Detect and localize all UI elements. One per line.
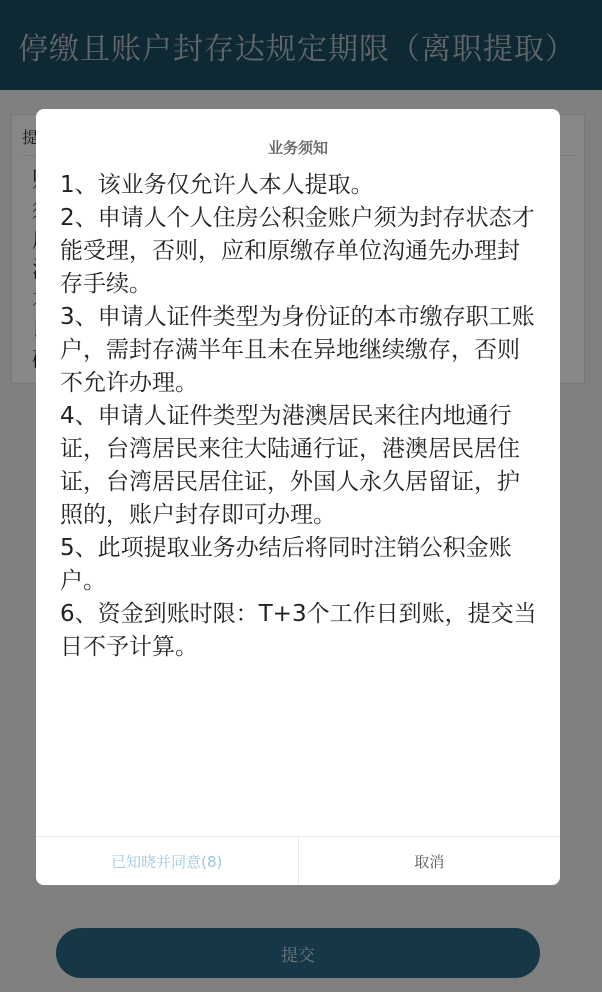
- modal-footer: 已知晓并同意(8) 取消: [36, 836, 560, 885]
- notice-item: 2、申请人个人住房公积金账户须为封存状态才能受理，否则，应和原缴存单位沟通先办理…: [60, 202, 540, 301]
- cancel-button[interactable]: 取消: [299, 837, 561, 885]
- modal-content: 1、该业务仅允许人本人提取。 2、申请人个人住房公积金账户须为封存状态才能受理，…: [60, 169, 540, 664]
- notice-item: 3、申请人证件类型为身份证的本市缴存职工账户，需封存满半年且未在异地继续缴存，否…: [60, 301, 540, 400]
- notice-item: 5、此项提取业务办结后将同时注销公积金账户。: [60, 532, 540, 598]
- modal-title: 业务须知: [36, 137, 560, 158]
- business-notice-modal: 业务须知 1、该业务仅允许人本人提取。 2、申请人个人住房公积金账户须为封存状态…: [36, 109, 560, 885]
- notice-item: 6、资金到账时限：T+3个工作日到账，提交当日不予计算。: [60, 598, 540, 664]
- notice-item: 4、申请人证件类型为港澳居民来往内地通行证，台湾居民来往大陆通行证，港澳居民居住…: [60, 400, 540, 532]
- agree-button[interactable]: 已知晓并同意(8): [36, 837, 299, 885]
- notice-item: 1、该业务仅允许人本人提取。: [60, 169, 540, 202]
